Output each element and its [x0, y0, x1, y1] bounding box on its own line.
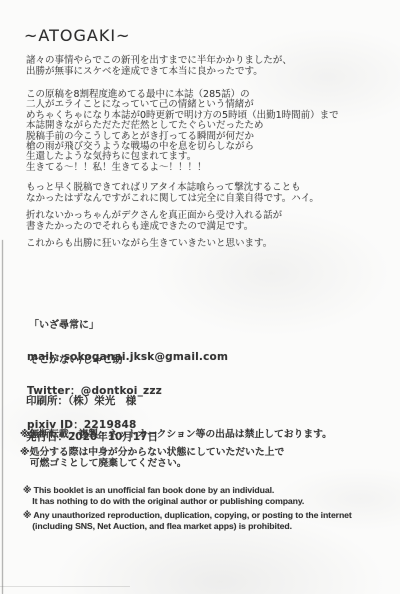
text-line: ※ Any unauthorized reproduction, duplica… [23, 510, 352, 521]
contact-mail-label: mail [27, 351, 53, 363]
notice-en-no-reproduction: ※ Any unauthorized reproduction, duplica… [23, 510, 352, 532]
notice-en-unofficial: ※ This booklet is an unofficial fan book… [23, 485, 304, 507]
notice-jp-disposal: ※処分する際は中身が分からない状態にしていただいた上で 可燃ゴミとして廃棄してく… [20, 448, 284, 469]
scan-edge-line-left [2, 240, 3, 594]
text-line: これからも出勝に狂いながら生きていきたいと思います。 [26, 238, 272, 249]
notice-jp-no-resale: ※無断転載・複製・ネットオークション等の出品は禁止しております。 [20, 430, 332, 441]
afterword-paragraph-1: 諸々の事情やらでこの新刊を出すまでに半年かかりましたが、出勝が無事にスケベを達成… [26, 55, 292, 77]
text-line: ※ This booklet is an unofficial fan book… [23, 485, 304, 496]
text-line: なかったはずなんですがこれに関しては完全に自業自得です。ハイ。 [26, 193, 319, 204]
contact-mail-value: sokoganai.jksk@gmail.com [64, 351, 228, 363]
contact-mail: mail：sokoganai.jksk@gmail.com [27, 352, 228, 363]
text-line: 書きたかったのでそれらも達成できたので満足です。 [26, 221, 282, 232]
afterword-paragraph-5: これからも出勝に狂いながら生きていきたいと思います。 [26, 238, 272, 249]
text-line: (including SNS, Net Auction, and flea ma… [23, 521, 352, 532]
scanned-afterword-page: ~ATOGAKI~ 諸々の事情やらでこの新刊を出すまでに半年かかりましたが、出勝… [0, 0, 400, 594]
text-line: 生きてる～！！私！生きてるよ～！！！！ [26, 163, 339, 173]
text-line: 折れないかっちゃんがデクさんを真正面から受け入れる話が [26, 210, 282, 221]
text-line: 出勝が無事にスケベを達成できて本当に良かったです。 [26, 66, 292, 77]
text-line: ※処分する際は中身が分からない状態にしていただいた上で [20, 448, 284, 459]
text-line: もっと早く脱稿できてればリアタイ本誌喰らって撃沈することも [26, 182, 319, 193]
printer-value: （株）栄光 様 [68, 395, 136, 407]
printer-label: 印刷所 [26, 395, 58, 407]
label-separator: ： [58, 395, 69, 407]
afterword-paragraph-4: 折れないかっちゃんがデクさんを真正面から受け入れる話が書きたかったのでそれらも達… [26, 210, 282, 232]
text-line: 可燃ゴミとして廃棄してください。 [20, 459, 284, 470]
text-line: 諸々の事情やらでこの新刊を出すまでに半年かかりましたが、 [26, 55, 292, 66]
printer-line: 印刷所：（株）栄光 様 [26, 395, 158, 407]
scan-edge-line-bottom [0, 586, 130, 587]
label-separator: ： [53, 351, 64, 363]
afterword-paragraph-2: この原稿を8割程度進めてる最中に本誌（285話）の二人がエライことになっていて己… [26, 90, 339, 173]
text-line: ※無断転載・複製・ネットオークション等の出品は禁止しております。 [20, 430, 332, 441]
afterword-paragraph-3: もっと早く脱稿できてればリアタイ本誌喰らって撃沈することもなかったはずなんですが… [26, 182, 319, 204]
page-title: ~ATOGAKI~ [24, 26, 130, 45]
text-line: It has nothing to do with the original a… [23, 496, 304, 507]
